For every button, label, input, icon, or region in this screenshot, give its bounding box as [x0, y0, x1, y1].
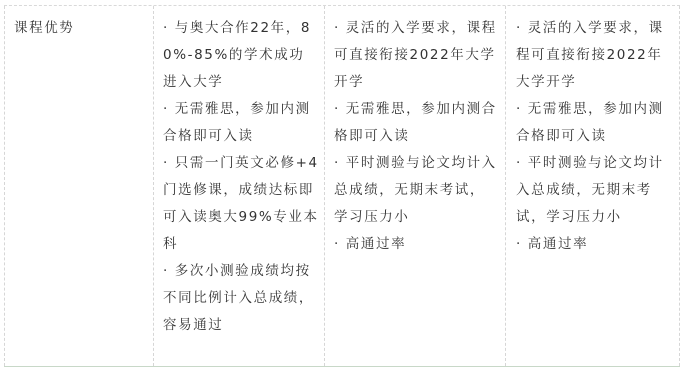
program-cell-2: · 灵活的入学要求，课程可直接衔接2022年大学开学 · 无需雅思，参加内测合格…	[324, 6, 505, 366]
list-item: · 无需雅思，参加内测合格即可入读	[334, 96, 500, 150]
row-label: 课程优势	[14, 15, 144, 42]
list-item: · 平时测验与论文均计入总成绩，无期末考试，学习压力小	[334, 150, 500, 231]
program-1-list: · 与奥大合作22年，80%-85%的学术成功进入大学 · 无需雅思，参加内测合…	[163, 15, 319, 339]
list-item: · 无需雅思，参加内测合格即可入读	[516, 96, 674, 150]
list-item: · 灵活的入学要求，课程可直接衔接2022年大学开学	[516, 15, 674, 96]
list-item: · 只需一门英文必修+4门选修课，成绩达标即可入读奥大99%专业本科	[163, 150, 319, 258]
list-item: · 无需雅思，参加内测合格即可入读	[163, 96, 319, 150]
list-item: · 灵活的入学要求，课程可直接衔接2022年大学开学	[334, 15, 500, 96]
course-advantages-table: 课程优势 · 与奥大合作22年，80%-85%的学术成功进入大学 · 无需雅思，…	[4, 5, 680, 367]
program-cell-3: · 灵活的入学要求，课程可直接衔接2022年大学开学 · 无需雅思，参加内测合格…	[505, 6, 680, 366]
list-item: · 高通过率	[516, 231, 674, 258]
list-item: · 高通过率	[334, 231, 500, 258]
list-item: · 多次小测验成绩均按不同比例计入总成绩，容易通过	[163, 258, 319, 339]
program-cell-1: · 与奥大合作22年，80%-85%的学术成功进入大学 · 无需雅思，参加内测合…	[153, 6, 324, 366]
list-item: · 平时测验与论文均计入总成绩，无期末考试，学习压力小	[516, 150, 674, 231]
label-cell: 课程优势	[4, 6, 153, 366]
list-item: · 与奥大合作22年，80%-85%的学术成功进入大学	[163, 15, 319, 96]
program-2-list: · 灵活的入学要求，课程可直接衔接2022年大学开学 · 无需雅思，参加内测合格…	[334, 15, 500, 258]
program-3-list: · 灵活的入学要求，课程可直接衔接2022年大学开学 · 无需雅思，参加内测合格…	[516, 15, 674, 258]
